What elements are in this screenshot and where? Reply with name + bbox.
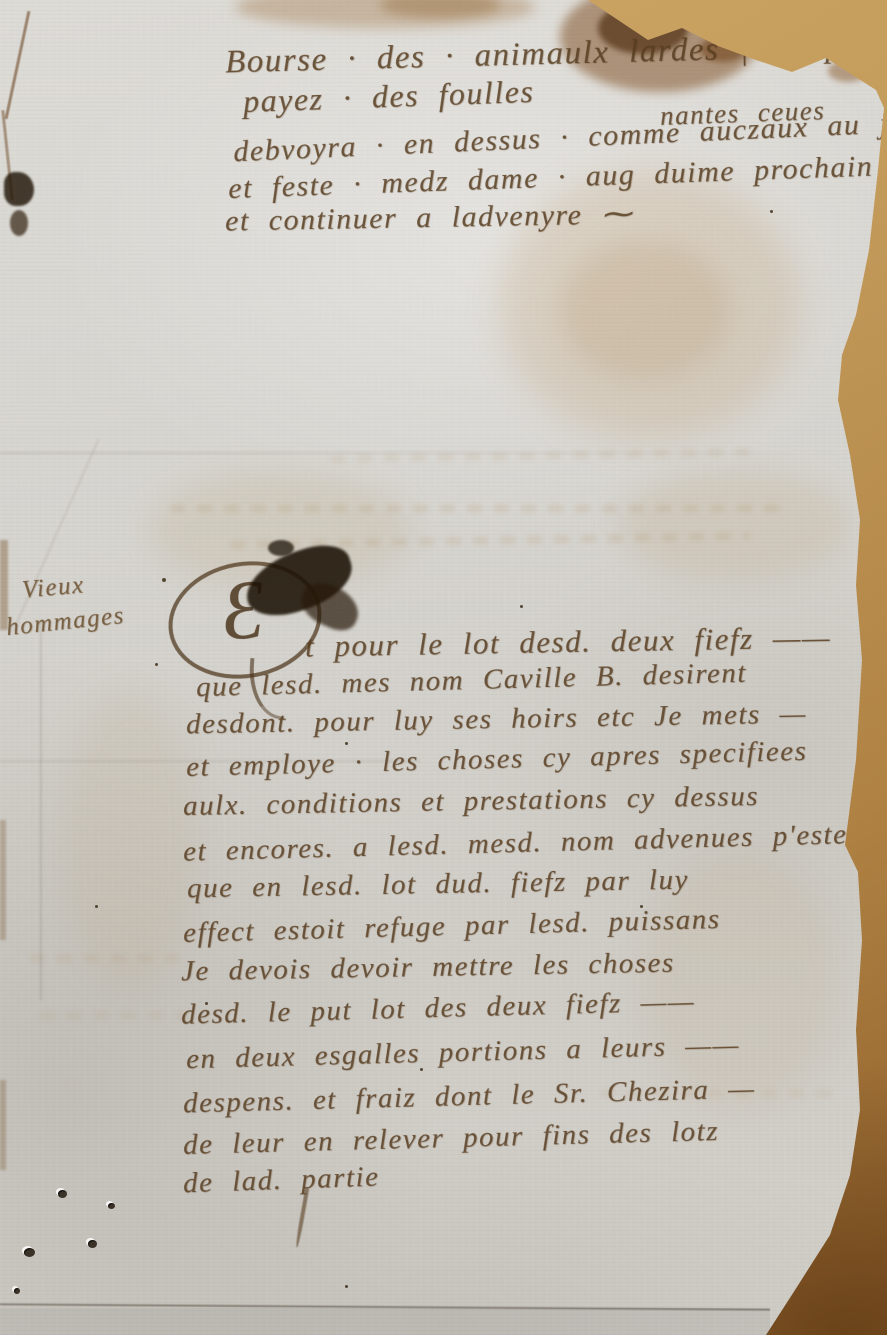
manuscript-photo: Bourse · des · animaulx lardes | Le prem… (0, 0, 887, 1335)
manuscript-line: Bourse · des · animaulx lardes | Le prem… (225, 24, 887, 82)
ink-speck (770, 210, 773, 213)
ink-speck (155, 663, 158, 666)
worm-hole (14, 1288, 20, 1294)
manuscript-line: et encores. a lesd. mesd. nom advenues p… (183, 818, 848, 868)
manuscript-line: desd. le put lot des deux fiefz —— (181, 985, 696, 1031)
manuscript-line: et employe · les choses cy apres specifi… (186, 735, 808, 784)
initial-letter: Ɛ (219, 561, 267, 661)
binding-ink-marks (5, 11, 31, 119)
stain (770, 22, 804, 42)
margin-annotation: Vieux (21, 571, 86, 604)
show-through-text (330, 448, 750, 462)
water-stain (60, 690, 200, 990)
ink-speck (520, 605, 523, 608)
show-through-text (230, 532, 750, 548)
manuscript-line: aulx. conditions et prestations cy dessu… (183, 780, 759, 823)
manuscript-line: de leur en relever pour fins des lotz (183, 1115, 720, 1162)
ink-speck (95, 905, 98, 908)
manuscript-page: Bourse · des · animaulx lardes | Le prem… (0, 0, 887, 1335)
manuscript-line: que en lesd. lot dud. fiefz par luy (187, 864, 689, 906)
binding-ink-marks (4, 172, 34, 206)
worm-hole (108, 1203, 115, 1209)
tear-line (0, 1303, 770, 1310)
binding-ink-marks (0, 1080, 6, 1170)
worm-hole (88, 1240, 97, 1248)
ink-speck (162, 578, 166, 582)
fold-crease (40, 620, 42, 1000)
manuscript-line: effect estoit refuge par lesd. puissans (183, 903, 721, 950)
ink-speck (345, 742, 348, 745)
binding-ink-marks (10, 210, 28, 236)
manuscript-line: t pour le lot desd. deux fiefz —— (305, 619, 831, 664)
water-stain (620, 470, 850, 580)
margin-annotation: hommages (5, 602, 126, 642)
manuscript-line: Je devois devoir mettre les choses (181, 947, 675, 989)
manuscript-line: despens. et fraiz dont le Sr. Chezira — (183, 1073, 756, 1121)
worm-hole (58, 1190, 67, 1198)
page-under-edge (0, 1308, 770, 1335)
stain (380, 0, 500, 18)
binding-ink-marks (1, 110, 13, 200)
flourish-stroke (295, 1188, 309, 1248)
show-through-text (40, 1012, 190, 1019)
show-through-text (30, 955, 180, 962)
manuscript-line: et continuer a ladvenyre ⁓ (225, 196, 633, 238)
stain (235, 0, 535, 28)
manuscript-line: payez · des foulles (242, 73, 534, 120)
water-stain (560, 240, 730, 380)
worm-hole (24, 1248, 35, 1257)
ink-speck (345, 1285, 348, 1288)
manuscript-line: de lad. partie (182, 1161, 379, 1201)
show-through-text (170, 505, 790, 512)
manuscript-line: en deux esgalles portions a leurs —— (186, 1029, 740, 1076)
binding-ink-marks (0, 820, 6, 940)
